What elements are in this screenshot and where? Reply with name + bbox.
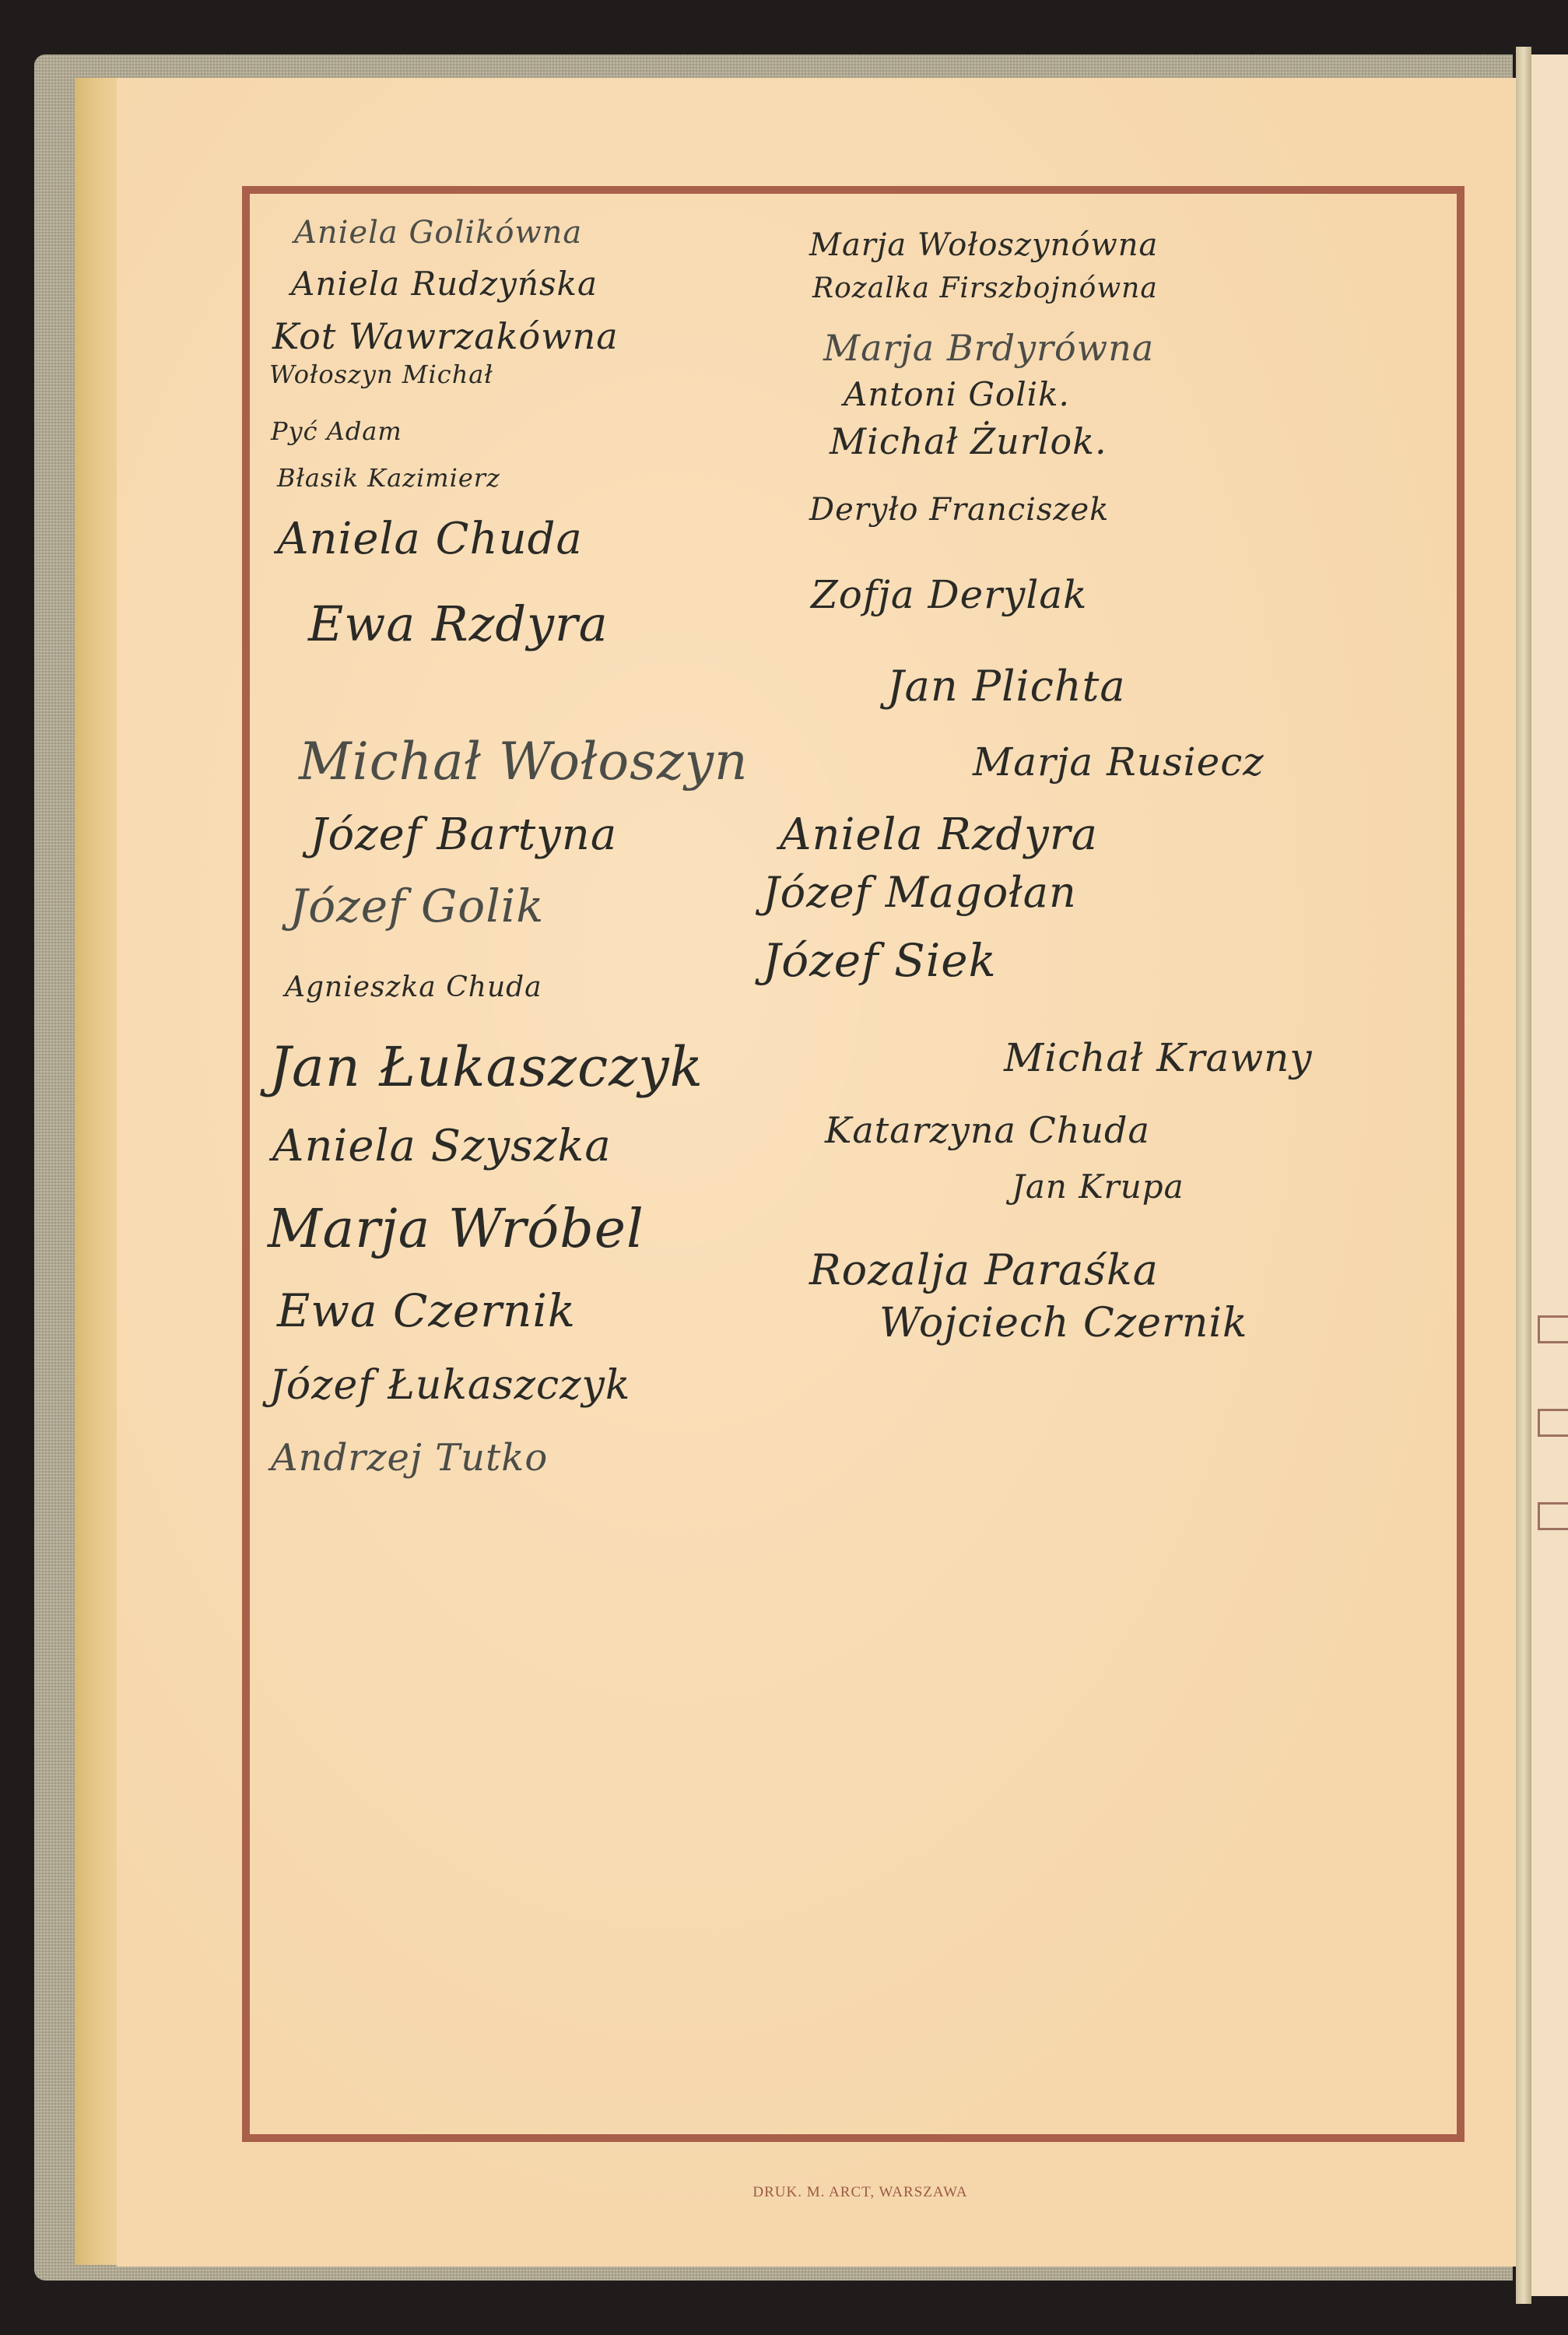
signature: Deryło Franciszek [809,492,1109,528]
signature: Marja Rusiecz [973,739,1265,785]
signature: Jan Łukaszczyk [269,1035,703,1099]
signature: Aniela Chuda [277,514,583,564]
signature: Marja Wołoszynówna [809,227,1158,263]
signature: Jan Krupa [1012,1167,1184,1206]
printer-imprint: DRUK. M. ARCT, WARSZAWA [0,2184,1568,2201]
signature: Andrzej Tutko [271,1436,548,1480]
signature: Wojciech Czernik [879,1300,1247,1347]
signature: Aniela Golikówna [294,215,582,251]
book-gutter [1516,47,1531,2304]
signature: Aniela Szyszka [272,1121,612,1171]
signature: Aniela Rudzyńska [291,265,598,303]
adjacent-page-decoration [1538,1409,1568,1437]
signature: Wołoszyn Michał [269,360,493,389]
printer-imprint-text: DRUK. M. ARCT, WARSZAWA [752,2184,967,2200]
signature: Rozalja Paraśka [809,1245,1159,1294]
signature: Marja Brdyrówna [823,327,1154,369]
signature: Zofja Derylak [811,572,1087,617]
adjacent-page-decoration [1538,1315,1568,1343]
signature: Ewa Rzdyra [308,595,609,652]
adjacent-page-edge [1531,54,1568,2296]
signature: Agnieszka Chuda [285,971,542,1003]
signature: Aniela Rzdyra [780,809,1098,860]
signature: Michał Żurlok. [830,420,1107,462]
signature: Jan Plichta [887,662,1126,711]
signature: Józef Siek [763,934,997,987]
signature: Katarzyna Chuda [825,1109,1150,1151]
signature: Rozalka Firszbojnówna [812,272,1158,304]
signature: Józef Magołan [763,868,1077,917]
signature: Józef Bartyna [310,809,617,860]
signature: Józef Łukaszczyk [269,1362,630,1409]
adjacent-page-decoration [1538,1502,1568,1530]
signature: Ewa Czernik [277,1284,576,1337]
signature: Michał Wołoszyn [299,732,749,792]
signature: Józef Golik [289,880,544,932]
signature: Błasik Kazimierz [277,463,500,493]
signature: Marja Wróbel [268,1199,644,1260]
signature: Kot Wawrzakówna [272,315,619,357]
signature: Antoni Golik. [844,375,1070,413]
signature: Michał Krawny [1004,1035,1313,1080]
signature: Pyć Adam [271,416,402,446]
